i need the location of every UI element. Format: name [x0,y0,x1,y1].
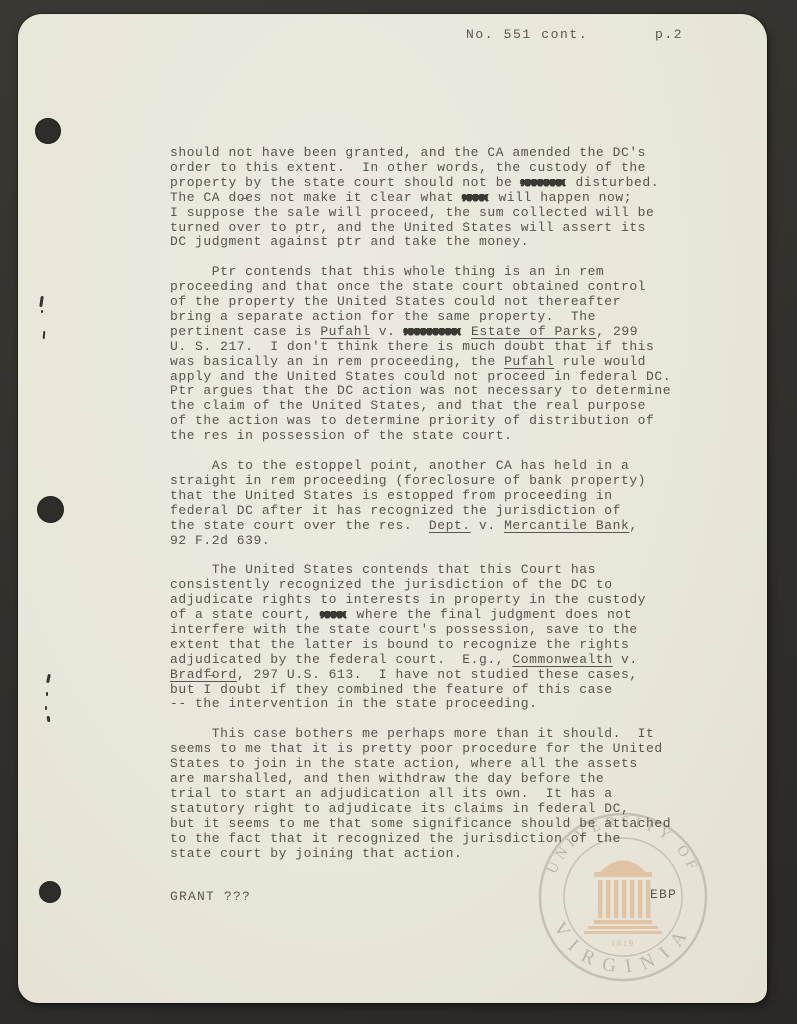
underlined-citation: Estate of Parks [471,324,596,339]
footer-grant-note: GRANT ??? [170,889,251,904]
underlined-citation: Mercantile Bank [504,518,629,533]
header-case-number: No. 551 cont. [466,27,588,42]
underlined-citation: Bradf̶ord [170,667,237,682]
seal-year: 1819 [611,939,635,948]
struck-out-text: xxxx [462,190,487,205]
text-segment [463,324,471,339]
text-segment: v. [471,518,504,533]
underlined-citation: Pufahl [320,324,370,339]
footer-initials: EBP [650,887,677,902]
pen-mark [41,310,43,313]
hole-punch-top [35,118,61,144]
pen-mark [46,692,48,696]
hole-punch-middle [37,496,64,523]
struck-out-text: xxxx [320,607,345,622]
scanned-memo-page: { "document": { "header": { "case_number… [0,0,797,1024]
text-segment: v. [613,652,638,667]
document-body: should not have been granted, and the CA… [170,146,695,876]
paragraph: As to the estoppel point, another CA has… [170,459,695,548]
underlined-citation: Commonwealth [512,652,612,667]
underlined-citation: Dept. [429,518,471,533]
hole-punch-bottom [39,881,61,903]
paragraph: should not have been granted, and the CA… [170,146,695,250]
text-segment: This case bothers me perhaps more than i… [170,726,671,860]
text-segment: , 297 U.S. 613. I have not studied these… [170,667,638,712]
paragraph: The United States contends that this Cou… [170,563,695,712]
header-page-number: p.2 [655,27,683,42]
paragraph: This case bothers me perhaps more than i… [170,727,695,861]
struck-out-text: xxxxxxxxx [404,324,460,339]
underlined-citation: Pufahl [504,354,554,369]
struck-out-text: xxxxxxx [521,175,564,190]
text-segment: v. [370,324,403,339]
paragraph: Ptr contends that this whole thing is an… [170,265,695,444]
pen-mark [45,706,47,710]
